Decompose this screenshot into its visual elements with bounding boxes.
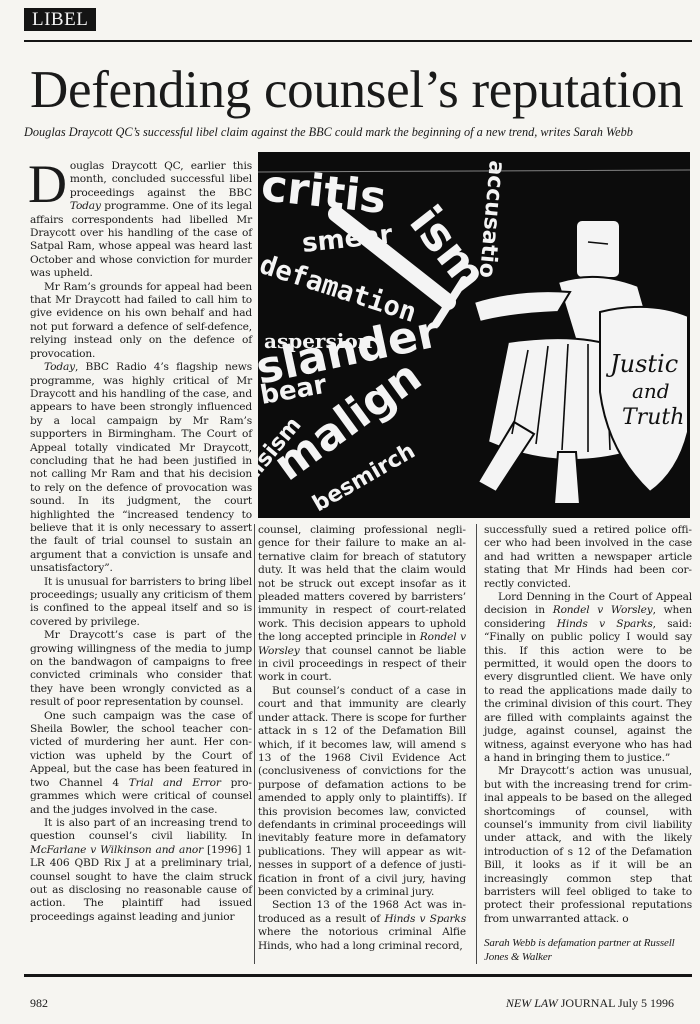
author-bio: Sarah Webb is defamation partner at Russ… — [484, 936, 692, 964]
case-name: McFarlane v Wilkinson and anor — [30, 844, 203, 856]
text: It is also part of an increasing trend t… — [30, 817, 252, 842]
column-divider — [476, 524, 477, 964]
article-column-1: Douglas Draycott QC, earlier this month,… — [30, 160, 252, 924]
shield-text-justice: Justic — [605, 350, 678, 378]
top-rule — [24, 40, 692, 42]
paragraph: Today, BBC Radio 4’s flagship news progr… — [30, 361, 252, 576]
article-column-2: counsel, claiming professional negli­gen… — [258, 524, 466, 953]
journal-name-italic: NEW LAW — [506, 996, 558, 1010]
text: counsel, claiming professional negli­gen… — [258, 524, 466, 643]
paragraph: Section 13 of the 1968 Act was in­troduc… — [258, 899, 466, 953]
programme-title: Today — [70, 200, 101, 212]
paragraph: successfully sued a retired police offi­… — [484, 524, 692, 591]
paragraph: It is also part of an increasing trend t… — [30, 817, 252, 924]
column-divider — [254, 524, 255, 964]
paragraph: One such campaign was the case of Sheila… — [30, 710, 252, 817]
headline: Defending counsel’s reputation — [30, 60, 700, 120]
paragraph: Mr Draycott’s action was unusual, but wi… — [484, 765, 692, 926]
paragraph: But counsel’s conduct of a case in court… — [258, 685, 466, 900]
paragraph: It is unusual for barristers to bring li… — [30, 576, 252, 630]
section-tag: LIBEL — [24, 8, 96, 31]
journal-date: JOURNAL July 5 1996 — [558, 996, 674, 1010]
text: , said: “Finally on public policy I woul… — [484, 618, 692, 764]
paragraph: Mr Ram’s grounds for appeal had been tha… — [30, 281, 252, 361]
shield-text-truth: Truth — [622, 405, 684, 430]
knight-helmet — [576, 220, 620, 278]
text: Mr Draycott’s action was unusual, but wi… — [484, 765, 692, 924]
case-name: Hinds v Sparks — [557, 618, 653, 630]
paragraph: counsel, claiming professional negli­gen… — [258, 524, 466, 685]
case-name: Rondel v Worsley — [553, 604, 653, 616]
knight-illustration-svg: critis ism smear defamation aspersion sl… — [258, 152, 690, 518]
bottom-rule — [24, 974, 692, 977]
case-name: Hinds v Sparks — [384, 913, 466, 925]
paragraph: Lord Denning in the Court of Appeal deci… — [484, 591, 692, 765]
journal-footer: NEW LAW JOURNAL July 5 1996 — [506, 996, 674, 1011]
shield-text-and: and — [632, 379, 670, 403]
programme-title: Trial and Error — [129, 777, 221, 789]
paragraph: Mr Draycott’s case is part of the growin… — [30, 629, 252, 709]
drop-cap: D — [28, 162, 67, 204]
text: ouglas Draycott QC, earlier this month, … — [70, 160, 252, 199]
programme-title: Today — [44, 361, 75, 373]
page-number: 982 — [30, 996, 48, 1011]
text: , BBC Radio 4’s flagship news programme,… — [30, 361, 252, 574]
knight-leg — [554, 452, 580, 504]
article-column-3: successfully sued a retired police offi­… — [484, 524, 692, 964]
standfirst: Douglas Draycott QC’s successful libel c… — [24, 124, 700, 140]
text: where the notorious criminal Alfie Hinds… — [258, 926, 466, 951]
end-mark: o — [622, 913, 628, 925]
paragraph: Douglas Draycott QC, earlier this month,… — [30, 160, 252, 281]
illustration-knight-defamation: critis ism smear defamation aspersion sl… — [258, 152, 690, 518]
